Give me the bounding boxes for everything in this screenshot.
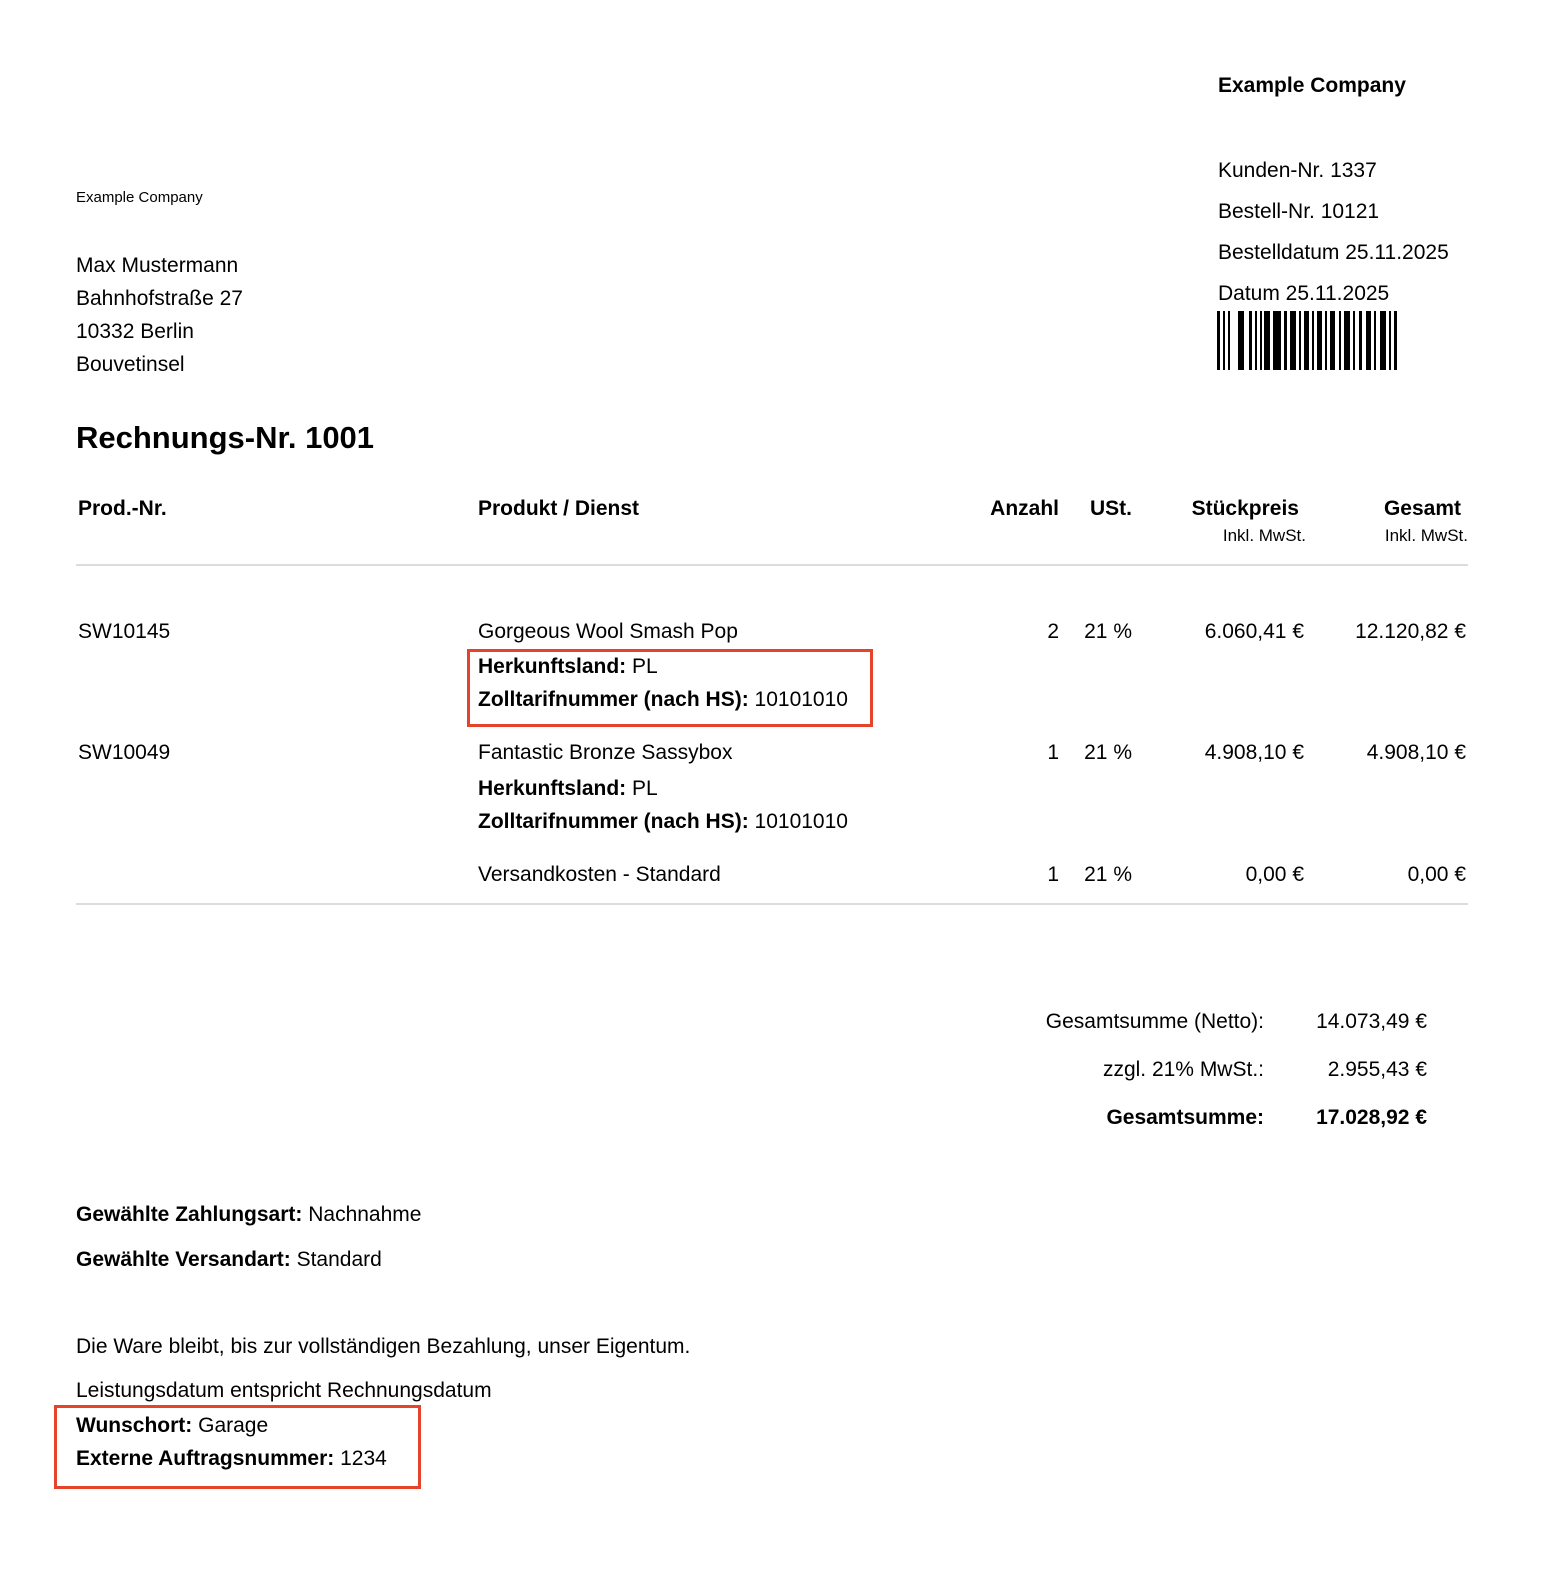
- header-prod-no: Prod.-Nr.: [78, 497, 167, 521]
- header-tax: USt.: [1070, 497, 1132, 521]
- row-product: Fantastic Bronze Sassybox: [478, 741, 732, 765]
- invoice-title: Rechnungs-Nr. 1001: [76, 420, 374, 456]
- payment-method: Gewählte Zahlungsart: Nachnahme: [76, 1203, 421, 1227]
- invoice-date: Datum 25.11.2025: [1218, 273, 1449, 314]
- customer-number: Kunden-Nr. 1337: [1218, 150, 1449, 191]
- row-total: 12.120,82 €: [1300, 620, 1466, 644]
- header-qty: Anzahl: [960, 497, 1059, 521]
- recipient-country: Bouvetinsel: [76, 348, 243, 381]
- row-qty: 2: [960, 620, 1059, 644]
- row-unit-price: 6.060,41 €: [1150, 620, 1304, 644]
- row-product: Versandkosten - Standard: [478, 863, 721, 887]
- net-total-label: Gesamtsumme (Netto):: [900, 1010, 1264, 1034]
- barcode-icon: [1217, 311, 1397, 370]
- origin-label: Herkunftsland:: [478, 777, 626, 800]
- shipping-method: Gewählte Versandart: Standard: [76, 1248, 382, 1272]
- row-origin: Herkunftsland: PL: [478, 777, 658, 801]
- payment-label: Gewählte Zahlungsart:: [76, 1203, 302, 1226]
- order-meta: Kunden-Nr. 1337 Bestell-Nr. 10121 Bestel…: [1218, 150, 1449, 314]
- header-total-sub: Inkl. MwSt.: [1320, 526, 1468, 546]
- row-tax: 21 %: [1070, 863, 1132, 887]
- order-number: Bestell-Nr. 10121: [1218, 191, 1449, 232]
- net-total-value: 14.073,49 €: [1270, 1010, 1427, 1034]
- header-total: Gesamt: [1320, 497, 1461, 521]
- external-order-label: Externe Auftragsnummer:: [76, 1447, 334, 1470]
- row-product: Gorgeous Wool Smash Pop: [478, 620, 738, 644]
- row-prod-no: SW10049: [78, 741, 170, 765]
- row-hs-code: Zolltarifnummer (nach HS): 10101010: [478, 810, 848, 834]
- shipping-value: Standard: [297, 1248, 382, 1271]
- company-name: Example Company: [1218, 74, 1406, 98]
- header-unit-price: Stückpreis: [1150, 497, 1299, 521]
- row-total: 0,00 €: [1300, 863, 1466, 887]
- service-date-note: Leistungsdatum entspricht Rechnungsdatum: [76, 1379, 492, 1403]
- origin-value: PL: [632, 777, 658, 800]
- sender-line: Example Company: [76, 189, 203, 206]
- wish-location-value: Garage: [198, 1414, 268, 1437]
- hs-label: Zolltarifnummer (nach HS):: [478, 810, 749, 833]
- vat-label: zzgl. 21% MwSt.:: [900, 1058, 1264, 1082]
- payment-value: Nachnahme: [308, 1203, 421, 1226]
- row-unit-price: 0,00 €: [1150, 863, 1304, 887]
- recipient-address: Max Mustermann Bahnhofstraße 27 10332 Be…: [76, 249, 243, 381]
- gross-total-value: 17.028,92 €: [1270, 1106, 1427, 1130]
- row-qty: 1: [960, 863, 1059, 887]
- order-date: Bestelldatum 25.11.2025: [1218, 232, 1449, 273]
- origin-value: PL: [632, 655, 658, 678]
- row-hs-code: Zolltarifnummer (nach HS): 10101010: [478, 688, 848, 712]
- recipient-name: Max Mustermann: [76, 249, 243, 282]
- table-header-divider: [76, 564, 1468, 566]
- row-total: 4.908,10 €: [1300, 741, 1466, 765]
- recipient-city: 10332 Berlin: [76, 315, 243, 348]
- gross-total-label: Gesamtsumme:: [900, 1106, 1264, 1130]
- origin-label: Herkunftsland:: [478, 655, 626, 678]
- hs-value: 10101010: [755, 810, 848, 833]
- row-origin: Herkunftsland: PL: [478, 655, 658, 679]
- row-unit-price: 4.908,10 €: [1150, 741, 1304, 765]
- external-order-number: Externe Auftragsnummer: 1234: [76, 1447, 387, 1471]
- external-order-value: 1234: [340, 1447, 387, 1470]
- row-tax: 21 %: [1070, 741, 1132, 765]
- header-product: Produkt / Dienst: [478, 497, 639, 521]
- wish-location-label: Wunschort:: [76, 1414, 192, 1437]
- row-prod-no: SW10145: [78, 620, 170, 644]
- hs-label: Zolltarifnummer (nach HS):: [478, 688, 749, 711]
- ownership-note: Die Ware bleibt, bis zur vollständigen B…: [76, 1335, 690, 1359]
- row-qty: 1: [960, 741, 1059, 765]
- table-footer-divider: [76, 903, 1468, 905]
- row-tax: 21 %: [1070, 620, 1132, 644]
- vat-value: 2.955,43 €: [1270, 1058, 1427, 1082]
- recipient-street: Bahnhofstraße 27: [76, 282, 243, 315]
- hs-value: 10101010: [755, 688, 848, 711]
- header-unit-price-sub: Inkl. MwSt.: [1150, 526, 1306, 546]
- shipping-label: Gewählte Versandart:: [76, 1248, 291, 1271]
- wish-location: Wunschort: Garage: [76, 1414, 268, 1438]
